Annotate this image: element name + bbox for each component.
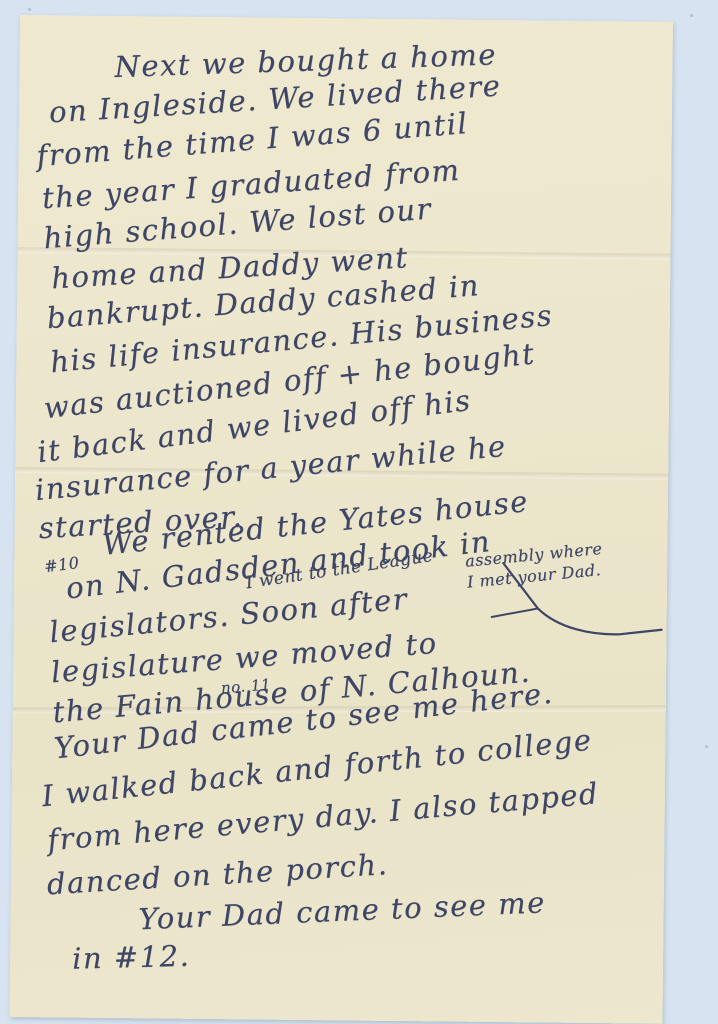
dust-speck (705, 745, 708, 748)
handwritten-line: in #12. (72, 939, 191, 976)
handwritten-line: Your Dad came to see me (138, 885, 547, 936)
scanner-background: Next we bought a home on Ingleside. We l… (0, 0, 718, 1024)
dust-speck (28, 8, 31, 11)
insertion-note-house-no-11: no. 11 (220, 675, 271, 697)
dust-speck (690, 14, 693, 17)
letter-paper: Next we bought a home on Ingleside. We l… (10, 15, 673, 1024)
